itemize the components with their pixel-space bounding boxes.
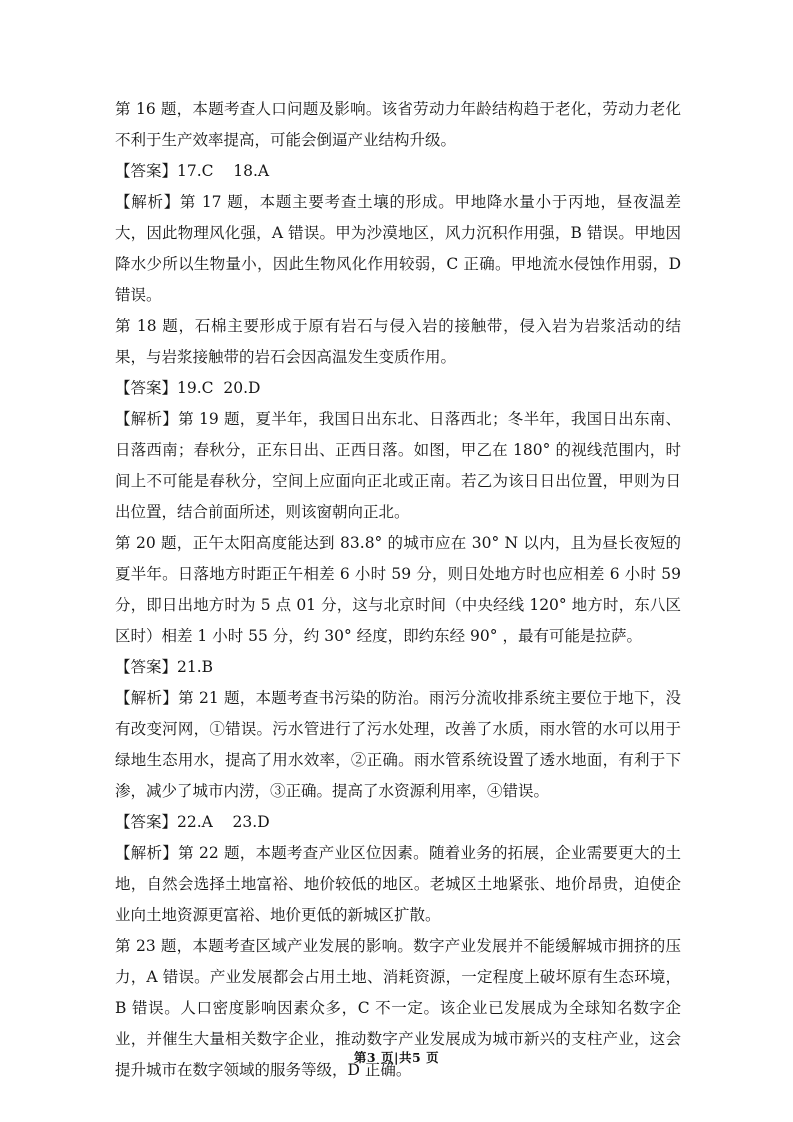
paragraph: 【答案】19.C 20.D bbox=[115, 373, 681, 404]
paragraph: 【答案】21.B bbox=[115, 652, 681, 683]
paragraph: 【解析】第 21 题，本题考查书污染的防治。雨污分流收排系统主要位于地下，没有改… bbox=[115, 683, 681, 807]
document-page: 第 16 题，本题考查人口问题及影响。该省劳动力年龄结构趋于老化，劳动力老化不利… bbox=[0, 0, 793, 1122]
paragraph: 第 18 题，石棉主要形成于原有岩石与侵入岩的接触带，侵入岩为岩浆活动的结果，与… bbox=[115, 311, 681, 373]
paragraph: 【解析】第 19 题，夏半年，我国日出东北、日落西北；冬半年，我国日出东南、日落… bbox=[115, 404, 681, 528]
paragraph: 【答案】22.A 23.D bbox=[115, 807, 681, 838]
page-number-label: 第3 页|共5 页 bbox=[354, 1050, 439, 1065]
page-footer: 第3 页|共5 页 bbox=[0, 1047, 793, 1066]
paragraph: 【答案】17.C 18.A bbox=[115, 156, 681, 187]
paragraph: 【解析】第 17 题，本题主要考查土壤的形成。甲地降水量小于丙地，昼夜温差大，因… bbox=[115, 187, 681, 311]
paragraph: 【解析】第 22 题，本题考查产业区位因素。随着业务的拓展，企业需要更大的土地，… bbox=[115, 838, 681, 931]
paragraph: 第 20 题，正午太阳高度能达到 83.8° 的城市应在 30° N 以内，且为… bbox=[115, 528, 681, 652]
paragraph: 第 16 题，本题考查人口问题及影响。该省劳动力年龄结构趋于老化，劳动力老化不利… bbox=[115, 94, 681, 156]
document-body: 第 16 题，本题考查人口问题及影响。该省劳动力年龄结构趋于老化，劳动力老化不利… bbox=[115, 94, 681, 1086]
